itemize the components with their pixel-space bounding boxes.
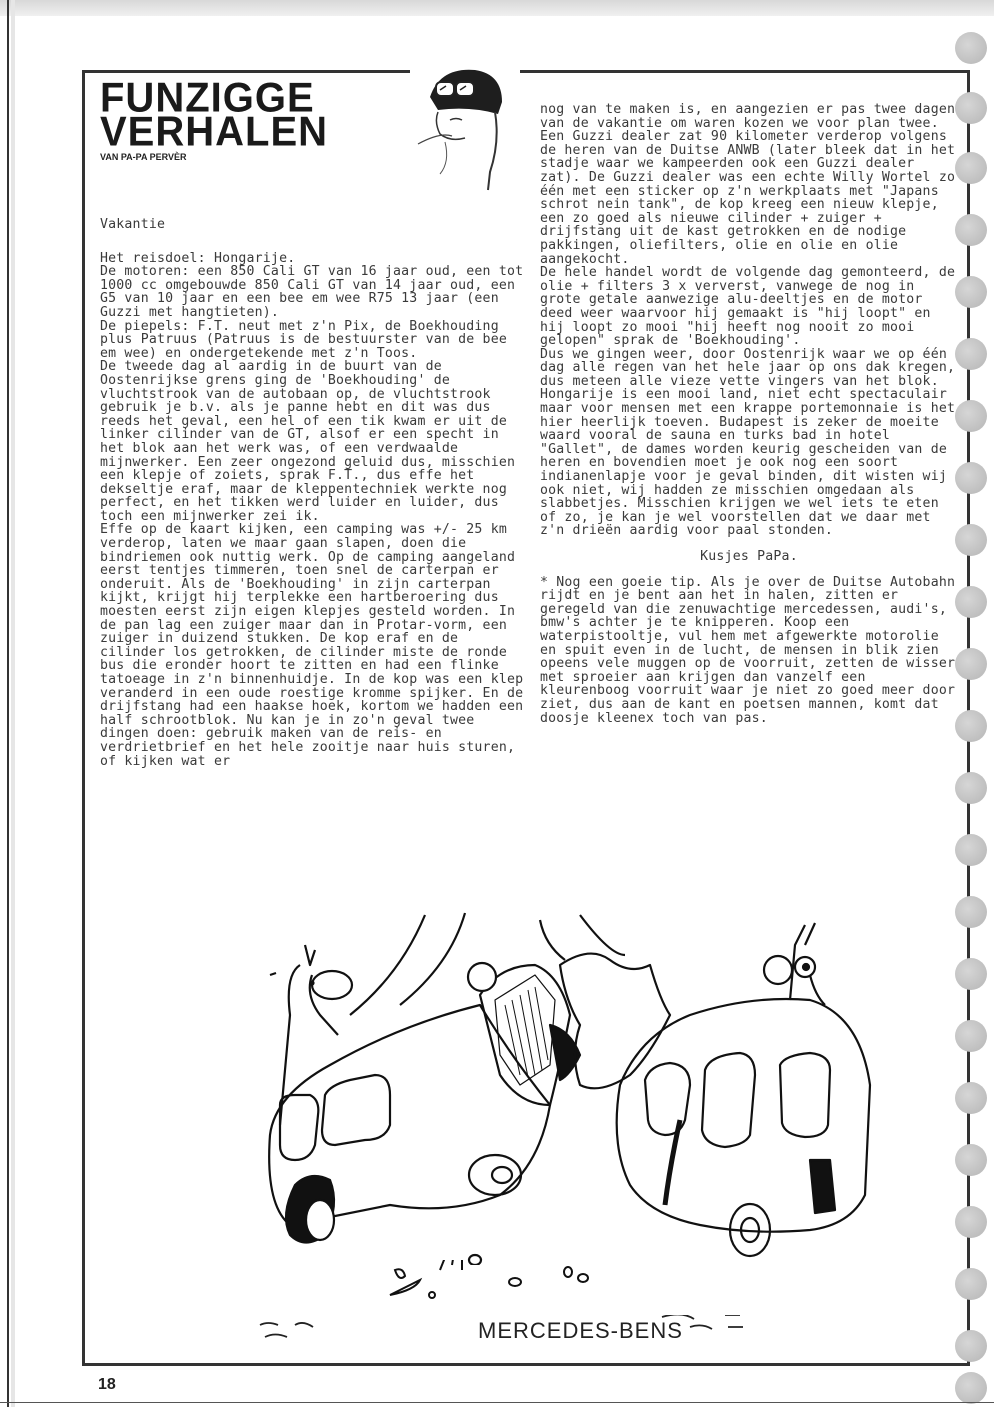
binding-hole xyxy=(955,400,987,432)
goggles-mascot-illustration xyxy=(410,62,520,192)
cartoon-caption: MERCEDES-BENS xyxy=(478,1318,683,1344)
paragraph: De hele handel wordt de volgende dag gem… xyxy=(540,266,958,348)
scan-left-edge xyxy=(7,0,9,1407)
paragraph: nog van te maken is, en aangezien er pas… xyxy=(540,103,958,266)
binding-hole xyxy=(955,152,987,184)
article-left-column: Vakantie Het reisdoel: Hongarije. De mot… xyxy=(100,218,528,768)
paragraph: Hongarije is een mooi land, niet echt sp… xyxy=(540,388,958,538)
paragraph: Het reisdoel: Hongarije. xyxy=(100,252,528,266)
binding-hole xyxy=(955,1020,987,1052)
paragraph: De motoren: een 850 Cali GT van 16 jaar … xyxy=(100,265,528,319)
binding-hole xyxy=(955,1268,987,1300)
page-number: 18 xyxy=(98,1376,116,1394)
binding-hole xyxy=(955,586,987,618)
binding-hole xyxy=(955,834,987,866)
crashed-cars-icon xyxy=(250,905,900,1265)
car-crash-cartoon xyxy=(250,905,900,1265)
binding-hole xyxy=(955,772,987,804)
paragraph: De piepels: F.T. neut met z'n Pix, de Bo… xyxy=(100,320,528,361)
paragraph: Effe op de kaart kijken, een camping was… xyxy=(100,523,528,768)
binding-hole xyxy=(955,1144,987,1176)
binding-hole xyxy=(955,462,987,494)
binding-hole xyxy=(955,276,987,308)
paragraph: De tweede dag al aardig in de buurt van … xyxy=(100,360,528,523)
binding-hole xyxy=(955,710,987,742)
scan-top-edge xyxy=(0,0,994,16)
article-right-column: nog van te maken is, en aangezien er pas… xyxy=(540,103,958,725)
binding-hole xyxy=(955,92,987,124)
binding-hole xyxy=(955,1330,987,1362)
tip-paragraph: * Nog een goeie tip. Als je over de Duit… xyxy=(540,576,958,726)
scan-left-shadow xyxy=(11,0,15,1407)
binding-hole xyxy=(955,338,987,370)
binding-hole xyxy=(955,32,987,64)
binding-hole xyxy=(955,524,987,556)
bottom-edge xyxy=(0,1402,994,1403)
binding-hole xyxy=(955,1082,987,1114)
binding-hole xyxy=(955,896,987,928)
binding-hole xyxy=(955,1206,987,1238)
binding-hole xyxy=(955,958,987,990)
binding-hole xyxy=(955,214,987,246)
binding-hole xyxy=(955,648,987,680)
binding-hole xyxy=(955,1372,987,1404)
article-heading: Vakantie xyxy=(100,218,528,232)
mascot-icon xyxy=(410,62,520,192)
signoff: Kusjes PaPa. xyxy=(540,550,958,564)
paragraph: Dus we gingen weer, door Oostenrijk waar… xyxy=(540,348,958,389)
